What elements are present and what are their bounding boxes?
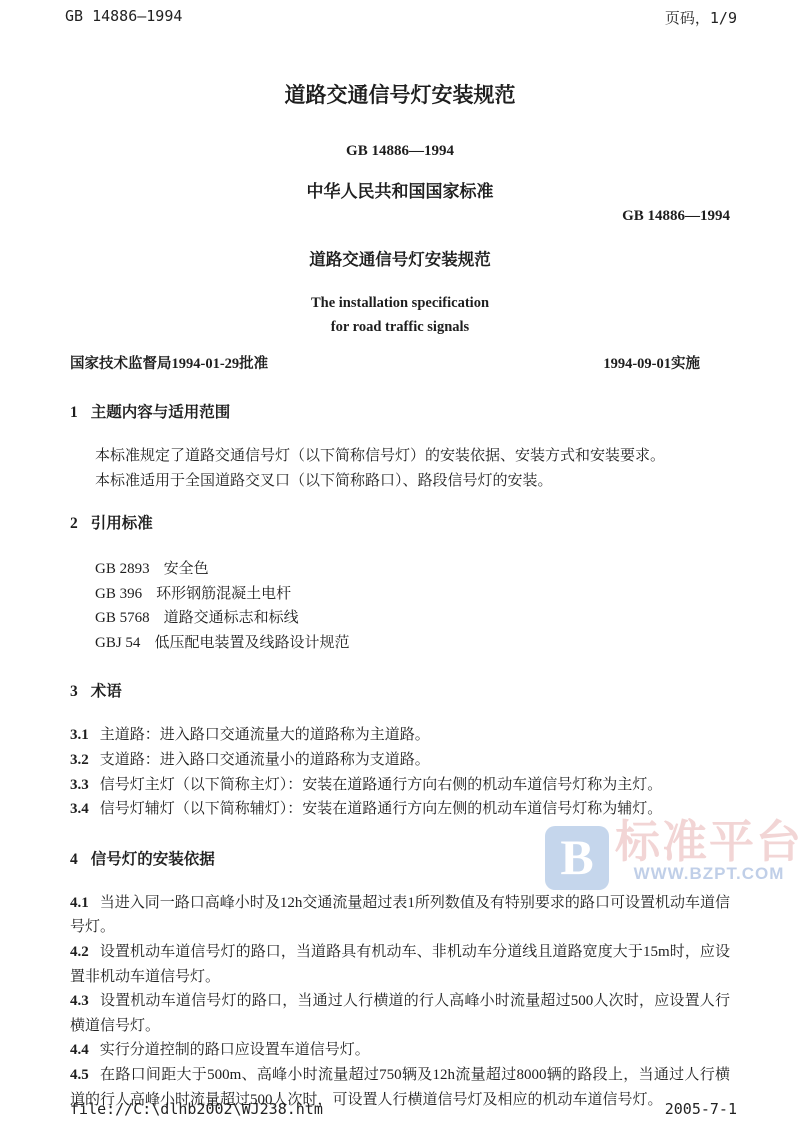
paragraph: 本标准适用于全国道路交叉口（以下简称路口）、路段信号灯的安装。	[70, 469, 730, 494]
approval-row: 国家技术监督局1994-01-29批准 1994-09-01实施	[70, 356, 730, 373]
section-3-heading: 3术语	[70, 683, 730, 701]
chinese-title: 道路交通信号灯安装规范	[70, 251, 730, 269]
clause: 4.3设置机动车道信号灯的路口，当通过人行横道的行人高峰小时流量超过500人次时…	[70, 989, 730, 1038]
clause-list: 4.1当进入同一路口高峰小时及12h交通流量超过表1所列数值及有特别要求的路口可…	[70, 891, 730, 1112]
clause: 4.4实行分道控制的路口应设置车道信号灯。	[70, 1038, 730, 1063]
section-2-title: 引用标准	[91, 515, 153, 532]
section-4-heading: 4信号灯的安装依据	[70, 851, 730, 869]
section-1-heading: 1主题内容与适用范围	[70, 404, 730, 422]
section-2-number: 2	[70, 515, 78, 532]
section-4-title: 信号灯的安装依据	[91, 851, 215, 868]
section-3-title: 术语	[91, 683, 122, 700]
implementation-date: 1994-09-01实施	[603, 356, 730, 373]
section-1-number: 1	[70, 404, 78, 421]
clause: 4.1当进入同一路口高峰小时及12h交通流量超过表1所列数值及有特别要求的路口可…	[70, 891, 730, 940]
approval-text: 国家技术监督局1994-01-29批准	[70, 356, 268, 373]
term-list: 3.1主道路：进入路口交通流量大的道路称为主道路。 3.2支道路：进入路口交通流…	[70, 723, 730, 821]
clause: 3.4信号灯辅灯（以下简称辅灯）：安装在道路通行方向左侧的机动车道信号灯称为辅灯…	[70, 797, 730, 822]
reference-list: GB 2893安全色 GB 396环形钢筋混凝土电杆 GB 5768道路交通标志…	[70, 557, 730, 655]
standard-code-right: GB 14886—1994	[70, 208, 730, 224]
clause: 4.2设置机动车道信号灯的路口，当道路具有机动车、非机动车分道线且道路宽度大于1…	[70, 940, 730, 989]
section-2-heading: 2引用标准	[70, 515, 730, 533]
document-content: 道路交通信号灯安装规范 GB 14886—1994 中华人民共和国国家标准 GB…	[70, 0, 730, 1112]
clause: 3.3信号灯主灯（以下简称主灯）：安装在道路通行方向右侧的机动车道信号灯称为主灯…	[70, 773, 730, 798]
document-page: { "page": { "header": { "left": "GB 1488…	[0, 0, 800, 1132]
english-title-line2: for road traffic signals	[70, 320, 730, 335]
paragraph: 本标准规定了道路交通信号灯（以下简称信号灯）的安装依据、安装方式和安装要求。	[70, 444, 730, 469]
section-4-number: 4	[70, 851, 78, 868]
reference-item: GB 5768道路交通标志和标线	[95, 606, 730, 631]
reference-item: GB 396环形钢筋混凝土电杆	[95, 582, 730, 607]
section-1-title: 主题内容与适用范围	[91, 404, 231, 421]
english-title-line1: The installation specification	[70, 296, 730, 311]
reference-item: GBJ 54低压配电装置及线路设计规范	[95, 631, 730, 656]
clause: 3.1主道路：进入路口交通流量大的道路称为主道路。	[70, 723, 730, 748]
document-main-title: 道路交通信号灯安装规范	[70, 84, 730, 106]
clause: 3.2支道路：进入路口交通流量小的道路称为支道路。	[70, 748, 730, 773]
section-3-number: 3	[70, 683, 78, 700]
reference-item: GB 2893安全色	[95, 557, 730, 582]
clause: 4.5在路口间距大于500m、高峰小时流量超过750辆及12h流量超过8000辆…	[70, 1063, 730, 1112]
standard-code-center: GB 14886—1994	[70, 143, 730, 159]
national-standard-label: 中华人民共和国国家标准	[70, 182, 730, 201]
